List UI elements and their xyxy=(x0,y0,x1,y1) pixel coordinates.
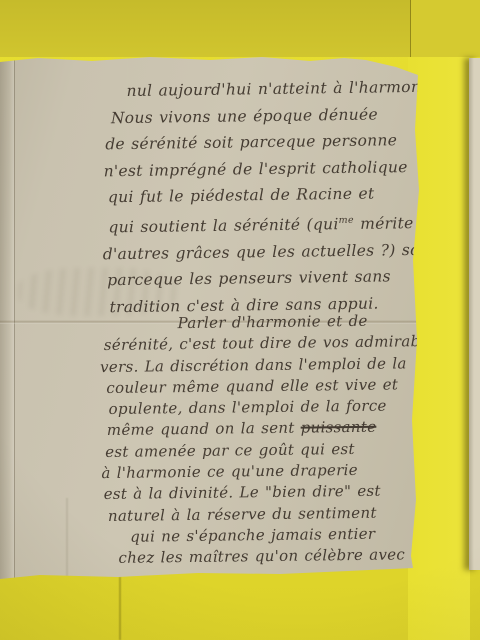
bottom-left-crease xyxy=(66,498,68,578)
handwriting-line-with-insertion: qui soutient la sérénité (quime mérite xyxy=(100,207,443,242)
background-right-band xyxy=(408,57,470,640)
line-text: même quand on la sent xyxy=(107,419,301,439)
background-top-band-right xyxy=(411,0,480,57)
handwriting-line: chez les maîtres qu'on célèbre avec xyxy=(98,544,445,570)
handwriting-line: couleur même quand elle est vive et xyxy=(96,374,443,400)
line-text: qui soutient la sérénité (qui xyxy=(108,215,339,236)
left-fold-shadow xyxy=(0,0,15,584)
background-seam-line xyxy=(410,0,411,57)
inserted-word: me xyxy=(339,215,354,226)
background-crease-line xyxy=(119,577,121,640)
handwriting-line: n'est imprégné de l'esprit catholique xyxy=(99,153,442,184)
handwriting-paragraph-2: Parler d'harmonie et de sérénité, c'est … xyxy=(95,310,445,570)
handwriting-line: nul aujourd'hui n'atteint à l'harmonie. xyxy=(98,74,441,105)
letter-photograph: nul aujourd'hui n'atteint à l'harmonie. … xyxy=(0,0,480,640)
second-page-edge xyxy=(469,58,480,570)
struck-word: puissante xyxy=(301,418,377,437)
handwriting-line: d'autres grâces que les actuelles ?) soi… xyxy=(101,236,444,267)
handwriting-paragraph-1: nul aujourd'hui n'atteint à l'harmonie. … xyxy=(98,74,444,321)
background-top-band xyxy=(0,0,480,57)
letter-page: nul aujourd'hui n'atteint à l'harmonie. … xyxy=(0,0,426,584)
line-text: mérite xyxy=(354,214,414,233)
